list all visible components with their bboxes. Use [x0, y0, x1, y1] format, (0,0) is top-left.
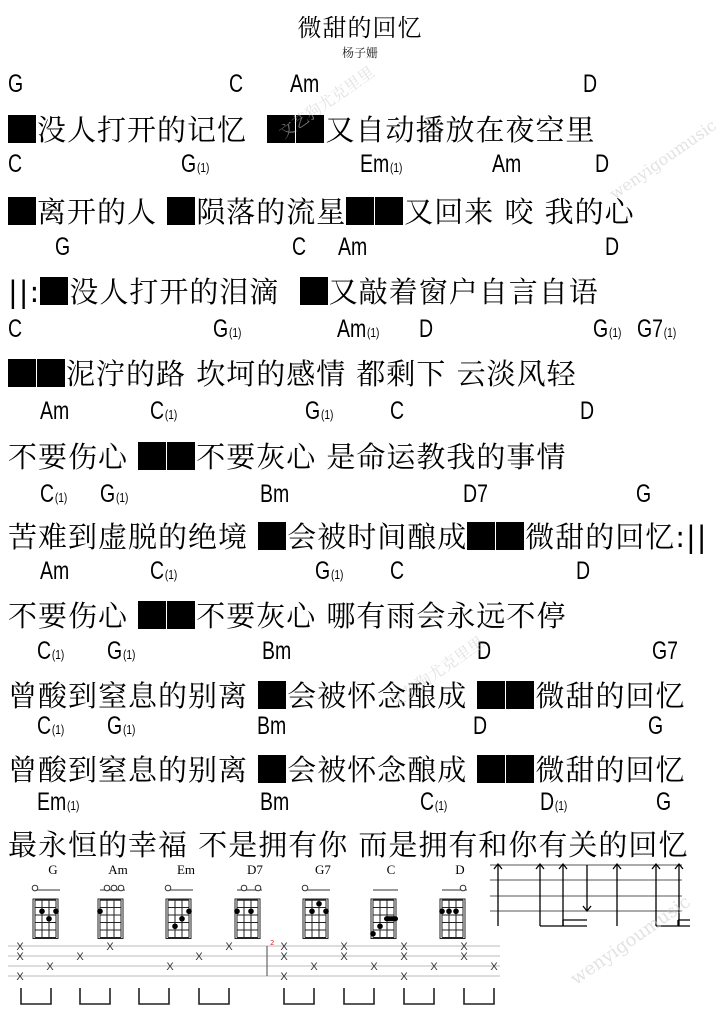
- rest-block: [258, 522, 286, 550]
- chord-label: D: [605, 233, 619, 262]
- chord-label: C: [390, 557, 404, 586]
- svg-text:X: X: [280, 971, 288, 983]
- lyric-line: 曾酸到窒息的别离 会被怀念酿成 微甜的回忆: [8, 748, 685, 789]
- rest-block: [375, 197, 403, 225]
- chord-label: C: [8, 315, 22, 344]
- chord-label: C(1): [150, 557, 177, 586]
- svg-text:X: X: [166, 961, 174, 973]
- rest-block: [506, 755, 534, 783]
- rest-block: [300, 277, 328, 305]
- chord-label: Am: [492, 150, 521, 179]
- svg-text:X: X: [340, 951, 348, 963]
- lyric-line: 泥泞的路 坎坷的感情 都剩下 云淡风轻: [8, 352, 577, 393]
- chord-label: D: [580, 397, 594, 426]
- chord-label: G: [656, 788, 671, 817]
- chord-diagram-name: Em: [156, 862, 216, 878]
- svg-text:X: X: [370, 961, 378, 973]
- svg-text:X: X: [280, 951, 288, 963]
- rest-block: [167, 601, 195, 629]
- chord-label: G: [636, 480, 651, 509]
- lyric-line: 不要伤心 不要灰心 哪有雨会永远不停: [8, 594, 566, 635]
- chord-label: Em(1): [37, 788, 79, 817]
- rest-block: [8, 197, 36, 225]
- chord-diagram-name: Am: [88, 862, 148, 878]
- rest-block: [267, 115, 295, 143]
- chord-label: Bm: [260, 788, 289, 817]
- lyric-line: 没人打开的记忆 又自动播放在夜空里: [8, 108, 595, 149]
- chord-label: D: [473, 712, 487, 741]
- chord-label: C: [229, 70, 243, 99]
- rest-block: [477, 755, 505, 783]
- chord-label: Bm: [262, 637, 291, 666]
- svg-text:X: X: [225, 941, 233, 953]
- chord-label: Am(1): [337, 315, 379, 344]
- lyric-line: 苦难到虚脱的绝境 会被时间酿成微甜的回忆:||: [8, 515, 708, 556]
- rest-block: [496, 522, 524, 550]
- chord-label: D: [583, 70, 597, 99]
- chord-label: C(1): [40, 480, 67, 509]
- chord-label: D: [477, 637, 491, 666]
- rest-block: [40, 277, 68, 305]
- chord-label: Em(1): [360, 150, 402, 179]
- chord-label: G(1): [181, 150, 209, 179]
- chord-label: G(1): [107, 637, 135, 666]
- lyric-line: 离开的人 陨落的流星又回来 咬 我的心: [8, 190, 635, 231]
- chord-label: G(1): [100, 480, 128, 509]
- svg-text:X: X: [400, 951, 408, 963]
- repeat-mark: 2: [270, 939, 274, 947]
- svg-text:X: X: [46, 961, 54, 973]
- song-title: 微甜的回忆: [0, 8, 720, 43]
- rest-block: [8, 115, 36, 143]
- chord-label: Bm: [260, 480, 289, 509]
- svg-text:X: X: [400, 971, 408, 983]
- rest-block: [37, 359, 65, 387]
- chord-label: C: [390, 397, 404, 426]
- chord-label: Am: [338, 233, 367, 262]
- chord-label: G(1): [213, 315, 241, 344]
- rest-block: [258, 681, 286, 709]
- chord-label: G: [8, 70, 23, 99]
- chord-label: C(1): [420, 788, 447, 817]
- chord-diagram-name: D: [430, 862, 490, 878]
- chord-label: D: [576, 557, 590, 586]
- chord-label: C(1): [150, 397, 177, 426]
- lyric-line: ||:没人打开的泪滴 又敲着窗户自言自语: [8, 270, 599, 311]
- chord-label: G(1): [107, 712, 135, 741]
- chord-diagram-name: G7: [293, 862, 353, 878]
- svg-text:X: X: [16, 951, 24, 963]
- rest-block: [477, 681, 505, 709]
- strum-pattern: [490, 858, 690, 928]
- rest-block: [138, 601, 166, 629]
- chord-diagram-name: C: [361, 862, 421, 878]
- chord-label: C: [8, 150, 22, 179]
- chord-label: D(1): [540, 788, 567, 817]
- chord-label: G(1): [305, 397, 333, 426]
- song-artist: 杨子姗: [0, 44, 720, 61]
- chord-label: Am: [290, 70, 319, 99]
- chord-diagram-name: D7: [225, 862, 285, 878]
- chord-label: G(1): [593, 315, 621, 344]
- chord-diagram-name: G: [23, 862, 83, 878]
- rest-block: [346, 197, 374, 225]
- rest-block: [506, 681, 534, 709]
- svg-text:X: X: [106, 941, 114, 953]
- svg-text:X: X: [195, 951, 203, 963]
- chord-label: G: [55, 233, 70, 262]
- svg-text:X: X: [430, 961, 438, 973]
- chord-label: D: [595, 150, 609, 179]
- svg-text:X: X: [16, 971, 24, 983]
- svg-text:X: X: [76, 951, 84, 963]
- svg-text:X: X: [310, 961, 318, 973]
- lyric-line: 不要伤心 不要灰心 是命运教我的事情: [8, 435, 566, 476]
- rest-block: [167, 197, 195, 225]
- chord-label: C(1): [37, 637, 64, 666]
- rest-block: [167, 442, 195, 470]
- svg-text:X: X: [460, 951, 468, 963]
- rest-block: [467, 522, 495, 550]
- svg-text:X: X: [490, 961, 498, 973]
- chord-label: C(1): [37, 712, 64, 741]
- chord-label: D7: [463, 480, 488, 509]
- chord-label: C: [292, 233, 306, 262]
- chord-label: G(1): [315, 557, 343, 586]
- rest-block: [258, 755, 286, 783]
- chord-label: Am: [40, 557, 69, 586]
- chord-label: G: [648, 712, 663, 741]
- rest-block: [138, 442, 166, 470]
- chord-label: Bm: [257, 712, 286, 741]
- chord-label: D: [419, 315, 433, 344]
- tab-pattern: 2 XXXXXXXXXXXXXXXXXXXXXXX: [8, 938, 508, 1018]
- rest-block: [296, 115, 324, 143]
- rest-block: [8, 359, 36, 387]
- chord-label: G7: [652, 637, 678, 666]
- chord-label: G7(1): [637, 315, 676, 344]
- lyric-line: 曾酸到窒息的别离 会被怀念酿成 微甜的回忆: [8, 674, 685, 715]
- chord-label: Am: [40, 397, 69, 426]
